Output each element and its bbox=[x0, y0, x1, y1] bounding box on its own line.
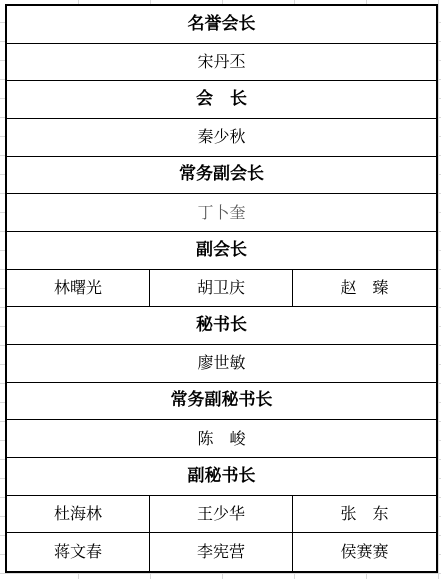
member-name-cell: 蒋文春 bbox=[7, 533, 150, 571]
member-name-cell: 侯赛赛 bbox=[293, 533, 436, 571]
member-name-cell: 陈 峻 bbox=[7, 420, 436, 457]
table-row-deputy-secretary-names-2: 蒋文春 李宪营 侯赛赛 bbox=[7, 533, 436, 571]
member-name-cell: 赵 臻 bbox=[293, 270, 436, 307]
position-title-cell: 名誉会长 bbox=[7, 6, 436, 43]
member-name-cell: 丁卜奎 bbox=[7, 194, 436, 231]
member-name-cell: 李宪营 bbox=[150, 533, 293, 571]
position-title-cell: 副会长 bbox=[7, 232, 436, 269]
table-row-executive-vice-president-name: 丁卜奎 bbox=[7, 194, 436, 232]
table-row-honorary-president-name: 宋丹丕 bbox=[7, 44, 436, 82]
table-row-executive-deputy-secretary-name: 陈 峻 bbox=[7, 420, 436, 458]
member-name-cell: 杜海林 bbox=[7, 496, 150, 533]
table-row-secretary-general-title: 秘书长 bbox=[7, 307, 436, 345]
table-row-president-name: 秦少秋 bbox=[7, 119, 436, 157]
table-row-executive-deputy-secretary-title: 常务副秘书长 bbox=[7, 383, 436, 421]
roster-table: 名誉会长 宋丹丕 会 长 秦少秋 常务副会长 丁卜奎 副会长 林曙光 胡卫庆 赵… bbox=[5, 4, 438, 573]
member-name-cell: 廖世敏 bbox=[7, 345, 436, 382]
member-name-cell: 张 东 bbox=[293, 496, 436, 533]
position-title-cell: 秘书长 bbox=[7, 307, 436, 344]
table-row-executive-vice-president-title: 常务副会长 bbox=[7, 157, 436, 195]
position-title-cell: 副秘书长 bbox=[7, 458, 436, 495]
table-row-deputy-secretary-title: 副秘书长 bbox=[7, 458, 436, 496]
table-row-honorary-president-title: 名誉会长 bbox=[7, 6, 436, 44]
table-row-president-title: 会 长 bbox=[7, 81, 436, 119]
table-row-secretary-general-name: 廖世敏 bbox=[7, 345, 436, 383]
position-title-cell: 常务副秘书长 bbox=[7, 383, 436, 420]
member-name-cell: 胡卫庆 bbox=[150, 270, 293, 307]
member-name-cell: 林曙光 bbox=[7, 270, 150, 307]
member-name-cell: 宋丹丕 bbox=[7, 44, 436, 81]
table-row-vice-president-title: 副会长 bbox=[7, 232, 436, 270]
position-title-cell: 会 长 bbox=[7, 81, 436, 118]
member-name-cell: 秦少秋 bbox=[7, 119, 436, 156]
position-title-cell: 常务副会长 bbox=[7, 157, 436, 194]
table-row-vice-president-names: 林曙光 胡卫庆 赵 臻 bbox=[7, 270, 436, 308]
table-row-deputy-secretary-names-1: 杜海林 王少华 张 东 bbox=[7, 496, 436, 534]
member-name-cell: 王少华 bbox=[150, 496, 293, 533]
